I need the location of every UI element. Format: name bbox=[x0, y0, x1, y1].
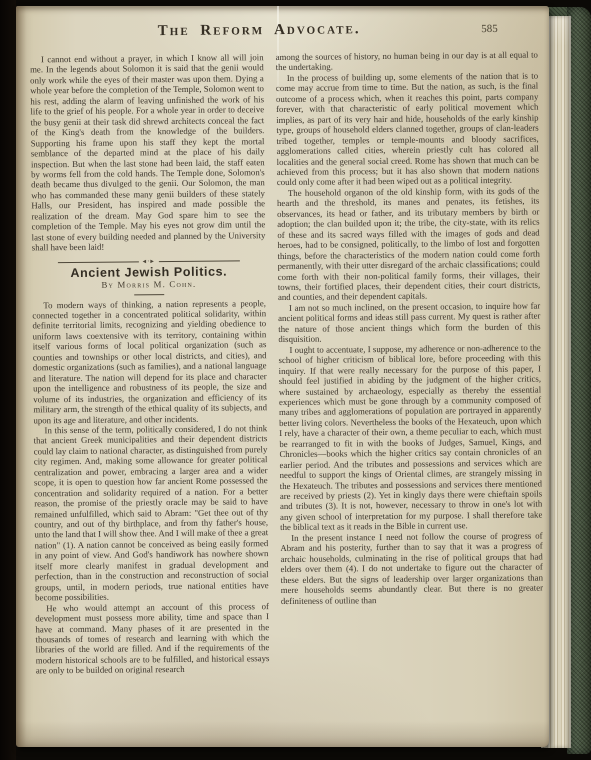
paragraph: In the process of building up, some elem… bbox=[276, 70, 539, 187]
paragraph: I am not so much inclined, on the presen… bbox=[278, 300, 541, 344]
scanned-book-photo: The Reform Advocate. 585 I cannot end wi… bbox=[0, 0, 591, 760]
right-column: among the sources of history, no human b… bbox=[276, 50, 545, 744]
page: The Reform Advocate. 585 I cannot end wi… bbox=[16, 6, 549, 747]
paragraph: among the sources of history, no human b… bbox=[276, 50, 539, 73]
article-byline: By Morris M. Cohn. bbox=[32, 278, 266, 291]
paragraph: I ought to accentuate, I suppose, my adh… bbox=[278, 342, 542, 533]
divider-rule bbox=[159, 260, 240, 262]
article-title: Ancient Jewish Politics. bbox=[32, 266, 266, 279]
byline-rule bbox=[134, 294, 164, 295]
publication-title: The Reform Advocate. bbox=[13, 20, 506, 42]
text-columns: I cannot end without a prayer, in which … bbox=[13, 43, 553, 746]
divider-ornament-icon: ◂·▸ bbox=[143, 258, 155, 265]
divider-rule bbox=[58, 261, 139, 263]
paragraph: In this sense of the term, politically c… bbox=[33, 423, 268, 603]
paragraph: In the present instance I need not follo… bbox=[280, 530, 543, 606]
masthead: The Reform Advocate. 585 bbox=[12, 3, 545, 48]
page-number: 585 bbox=[481, 23, 498, 35]
left-column: I cannot end without a prayer, in which … bbox=[30, 52, 270, 746]
page-content: The Reform Advocate. 585 I cannot end wi… bbox=[12, 3, 552, 749]
paragraph: I cannot end without a prayer, in which … bbox=[30, 52, 266, 253]
paragraph: He who would attempt an account of this … bbox=[35, 601, 269, 676]
paragraph: The household organon of the old kinship… bbox=[277, 185, 540, 302]
paragraph: To modern ways of thinking, a nation rep… bbox=[32, 298, 267, 426]
